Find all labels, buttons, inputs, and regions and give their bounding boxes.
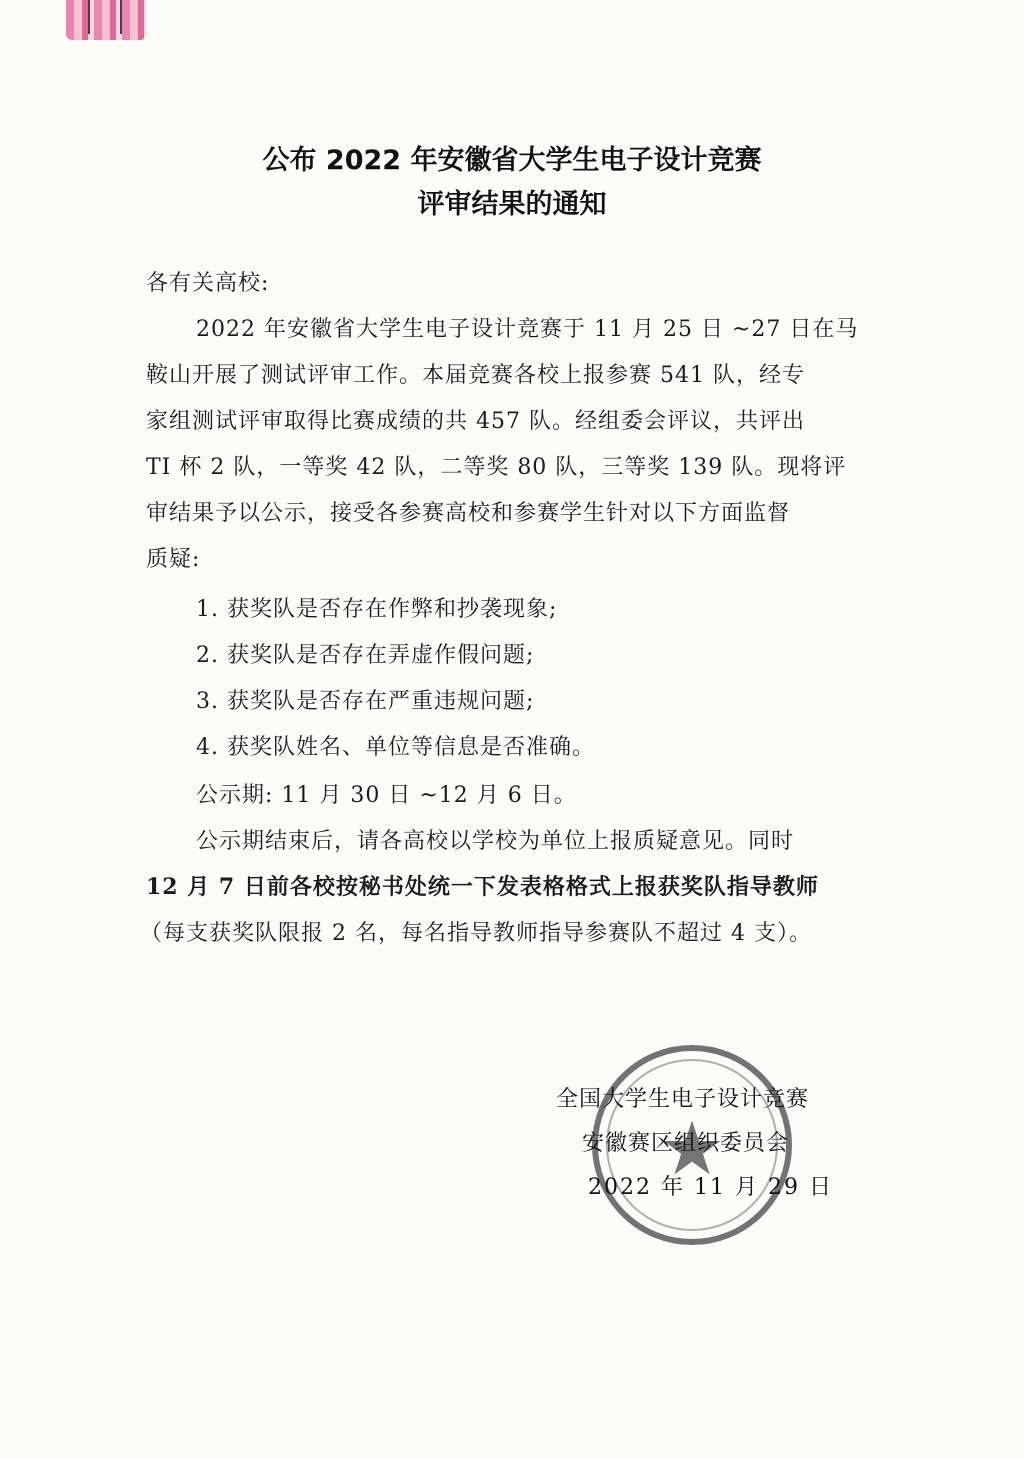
closing-line: 公示期结束后，请各高校以学校为单位上报质疑意见。同时 (196, 824, 794, 855)
list-item: 3. 获奖队是否存在严重违规问题; (196, 684, 534, 715)
document-title: 公布 2022 年安徽省大学生电子设计竞赛 (0, 138, 1024, 177)
signature-org-line1: 全国大学生电子设计竞赛 (556, 1082, 809, 1113)
list-item: 2. 获奖队是否存在弄虚作假问题; (196, 638, 534, 669)
publicity-period: 公示期: 11 月 30 日 ~12 月 6 日。 (196, 778, 577, 809)
document-subtitle: 评审结果的通知 (0, 182, 1024, 221)
list-item: 4. 获奖队姓名、单位等信息是否准确。 (196, 730, 595, 761)
closing-line: 12 月 7 日前各校按秘书处统一下发表格格式上报获奖队指导教师 (146, 870, 819, 901)
body-line: 审结果予以公示，接受各参赛高校和参赛学生针对以下方面监督 (146, 496, 790, 527)
body-line: 2022 年安徽省大学生电子设计竞赛于 11 月 25 日 ~27 日在马 (196, 312, 858, 343)
signature-org-line2: 安徽赛区组织委员会 (582, 1126, 789, 1157)
body-line: 质疑: (146, 542, 200, 573)
closing-line: （每支获奖队限报 2 名，每名指导教师指导参赛队不超过 4 支）。 (140, 916, 812, 947)
body-line: 鞍山开展了测试评审工作。本届竞赛各校上报参赛 541 队，经专 (146, 358, 805, 389)
body-line: 家组测试评审取得比赛成绩的共 457 队。经组委会评议，共评出 (146, 404, 805, 435)
list-item: 1. 获奖队是否存在作弊和抄袭现象; (196, 592, 557, 623)
signature-date: 2022 年 11 月 29 日 (588, 1170, 833, 1201)
paper-clip (66, 0, 146, 40)
body-line: TI 杯 2 队，一等奖 42 队，二等奖 80 队，三等奖 139 队。现将评 (146, 450, 846, 481)
salutation: 各有关高校: (146, 266, 269, 297)
